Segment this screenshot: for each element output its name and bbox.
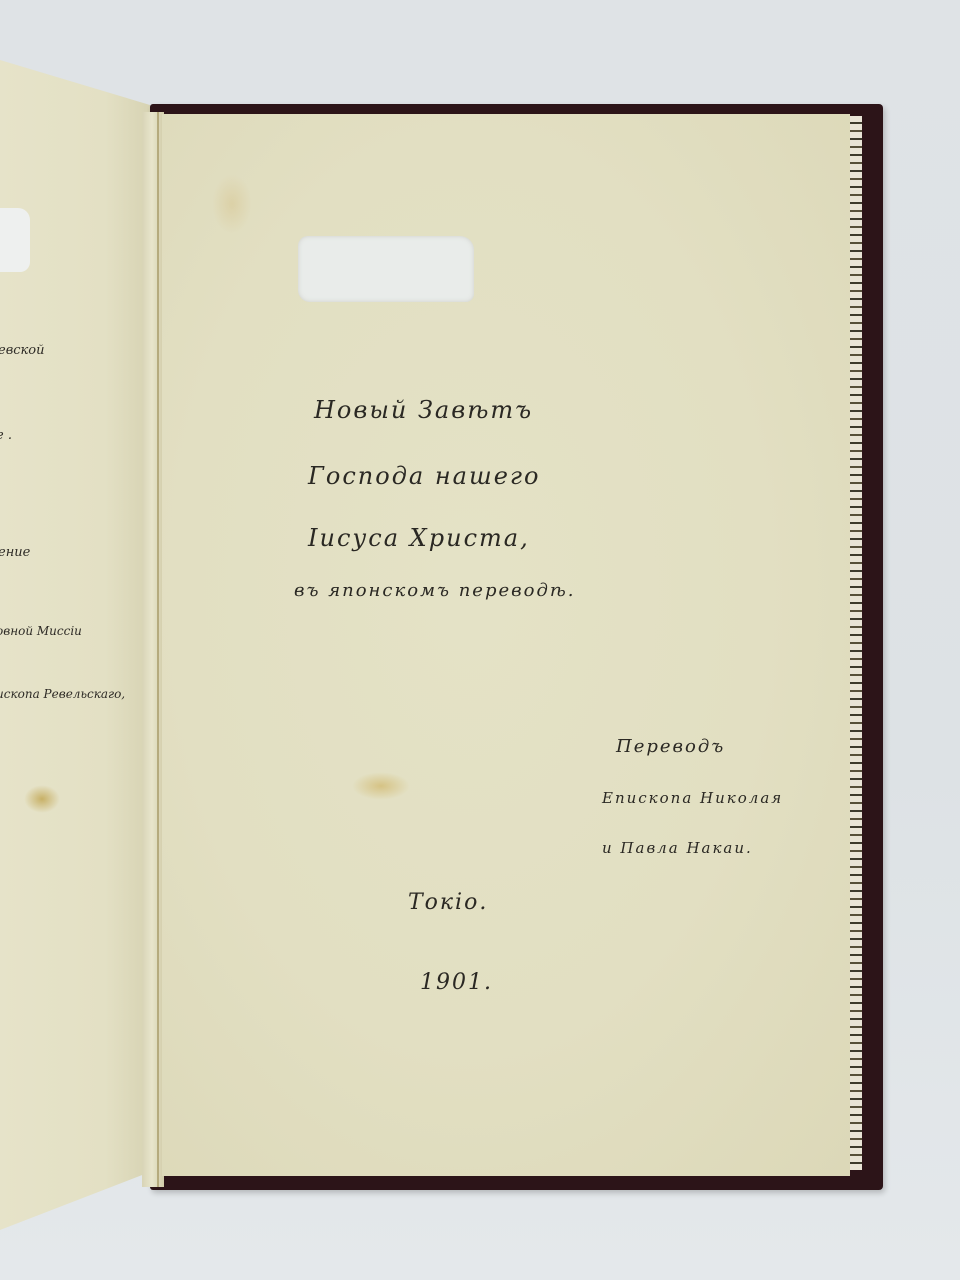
paper-patch: [0, 208, 30, 272]
book-gutter: [142, 112, 164, 1187]
book-photo: евской е . ение овной Миссiи ископа Реве…: [0, 0, 960, 1280]
translators-line-2: Епископа Николая: [602, 789, 783, 807]
foxing-stain: [24, 785, 60, 813]
left-page-line: евской: [0, 343, 45, 358]
place-text: Токiо.: [408, 890, 488, 915]
foxing-stain: [212, 174, 252, 234]
year-text: 1901.: [420, 970, 493, 995]
translators-line-1: Переводъ: [616, 736, 725, 757]
foxing-stain: [352, 772, 410, 800]
left-page: [0, 60, 150, 1230]
left-page-line: овной Миссiи: [0, 624, 82, 638]
title-page: Новый Завѣтъ Господа нашего Iисуса Христ…: [162, 114, 850, 1176]
title-line-1: Новый Завѣтъ: [314, 396, 533, 424]
left-page-line: ископа Ревельскаго,: [0, 687, 125, 701]
page-block-edge: [848, 116, 862, 1170]
left-page-line: е .: [0, 428, 12, 443]
title-line-3: Iисуса Христа,: [308, 524, 530, 552]
left-page-line: ение: [0, 545, 30, 560]
title-line-4: въ японскомъ переводѣ.: [294, 580, 575, 601]
title-line-2: Господа нашего: [308, 462, 540, 490]
translators-line-3: и Павла Накаи.: [602, 839, 753, 857]
paper-patch: [298, 236, 474, 302]
